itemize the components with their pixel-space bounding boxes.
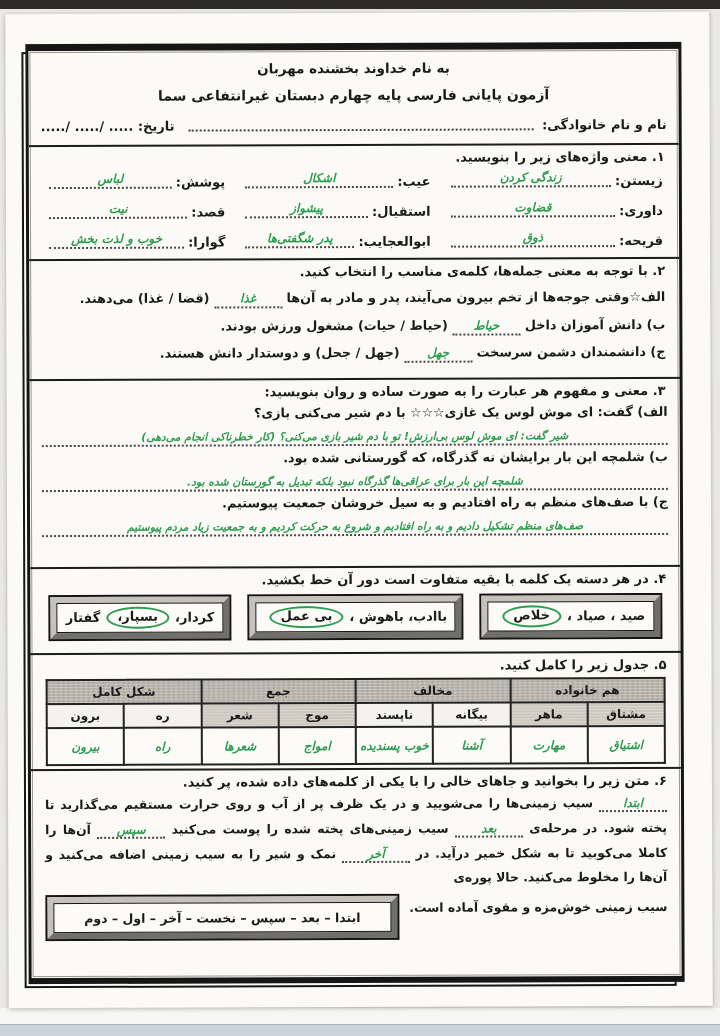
blank-fill: ابتدا bbox=[599, 796, 667, 812]
table-answer-cell: امواج bbox=[279, 727, 356, 764]
question4-section: ۴. در هر دسته یک کلمه با بقیه متفاوت است… bbox=[30, 567, 680, 655]
vocab-item: داوری:قضاوت bbox=[447, 200, 663, 220]
answer-line: پیشواز bbox=[245, 201, 368, 218]
handwritten-answer: نیت bbox=[109, 202, 128, 216]
decorative-frame: به نام خداوند بخشنده مهربان آزمون پایانی… bbox=[25, 42, 684, 984]
word-group-row: صید ، صیاد ، خلاص باادب، باهوش ، بی عمل … bbox=[42, 588, 668, 641]
table-column-header: مشتاق bbox=[587, 702, 664, 726]
table-column-header-row: مشتاق ماهر بیگانه ناپسند موج شعر ره برون bbox=[47, 702, 665, 728]
question6-section: ۶. متن زیر را بخوانید و جاهای خالی را با… bbox=[31, 769, 682, 978]
scan-edge-bottom bbox=[0, 1024, 720, 1036]
question6-title: ۶. متن زیر را بخوانید و جاهای خالی را با… bbox=[43, 771, 669, 792]
box-bevel: باادب، باهوش ، بی عمل bbox=[250, 596, 462, 639]
table-answer-row: اشتیاق مهارت آشنا خوب پسندیده امواج شعره… bbox=[47, 726, 665, 765]
box-bevel: کردار، بسپار، گفتار bbox=[50, 596, 229, 639]
term-label: عیب: bbox=[397, 175, 430, 190]
circled-answer: بسپار، bbox=[106, 607, 169, 629]
vocab-item: گوارا:خوب و لذت بخش bbox=[45, 231, 225, 251]
handwritten-answer: قضاوت bbox=[514, 200, 551, 214]
phrase-prompt: ج) با صف‌های منظم به راه افتادیم و به سی… bbox=[42, 495, 668, 512]
table-group-header-row: هم خانواده مخالف جمع شکل کامل bbox=[47, 678, 665, 704]
table-answer-cell: شعرها bbox=[201, 727, 278, 764]
exam-title: آزمون پایانی فارسی پایه چهارم دبستان غیر… bbox=[41, 87, 667, 105]
box-content: کردار، بسپار، گفتار bbox=[56, 602, 223, 633]
handwritten-answer: اشتیاق bbox=[609, 738, 643, 752]
handwritten-answer: سپس bbox=[117, 823, 146, 837]
handwritten-answer: راه bbox=[155, 739, 170, 753]
box-bevel: صید ، صیاد ، خلاص bbox=[481, 595, 660, 638]
completion-table: هم خانواده مخالف جمع شکل کامل مشتاق ماهر… bbox=[46, 677, 666, 766]
vocab-item: زیستن:زندگی کردن bbox=[446, 170, 662, 190]
answer-line: زندگی کردن bbox=[450, 170, 611, 188]
question3-section: ۳. معنی و مفهوم هر عبارت را به صورت ساده… bbox=[30, 379, 681, 569]
blank-fill: بعد bbox=[455, 821, 523, 837]
scan-edge-top bbox=[0, 0, 720, 9]
handwritten-answer: خوب پسندیده bbox=[360, 738, 429, 752]
name-field-label: نام و نام خانوادگی: bbox=[542, 118, 667, 133]
word-bank-options: ابتدا – بعد – سپس – نخست – آخر – اول – د… bbox=[84, 910, 360, 926]
question4-title: ۴. در هر دسته یک کلمه با بقیه متفاوت است… bbox=[42, 569, 668, 590]
question2-title: ۲. با توجه به معنی جمله‌ها، کلمه‌ی مناسب… bbox=[41, 261, 667, 282]
handwritten-answer: بیرون bbox=[71, 739, 99, 753]
table-group-header: هم خانواده bbox=[510, 678, 665, 703]
sentence-item: ب) دانش آموزان داخل حیاط (حیاط / حیات) م… bbox=[41, 316, 667, 337]
handwritten-answer: امواج bbox=[304, 739, 331, 753]
term-label: گوارا: bbox=[188, 235, 225, 250]
term-label: پوشش: bbox=[176, 175, 225, 190]
table-column-header: ناپسند bbox=[356, 703, 433, 727]
question3-title: ۳. معنی و مفهوم هر عبارت را به صورت ساده… bbox=[42, 381, 668, 402]
answer-line: نیت bbox=[49, 202, 187, 219]
group-words: گفتار bbox=[66, 610, 101, 625]
term-label: ابوالعجایب: bbox=[358, 235, 430, 250]
circled-answer: خلاص bbox=[502, 605, 561, 627]
handwritten-answer: صف‌های منظم تشکیل دادیم و به راه افتادیم… bbox=[127, 519, 583, 534]
answer-line: ذوق bbox=[451, 230, 615, 248]
word-group-box: باادب، باهوش ، بی عمل bbox=[248, 594, 464, 641]
sentence-post: (جهل / جحل) و دوستدار دانش هستند. bbox=[160, 346, 400, 362]
word-bank-box: ابتدا – بعد – سپس – نخست – آخر – اول – د… bbox=[45, 894, 399, 941]
question1-section: ۱. معنی واژه‌های زیر را بنویسید. زیستن:ز… bbox=[29, 145, 679, 261]
answer-line: صف‌های منظم تشکیل دادیم و به راه افتادیم… bbox=[42, 510, 668, 537]
table-column-header: موج bbox=[278, 703, 355, 727]
table-column-header: ره bbox=[124, 704, 201, 728]
phrase-item: ج) با صف‌های منظم به راه افتادیم و به سی… bbox=[42, 495, 668, 537]
sentence-post: (قضا / غذا) می‌دهند. bbox=[80, 292, 210, 307]
box-content: صید ، صیاد ، خلاص bbox=[487, 601, 654, 632]
question1-title: ۱. معنی واژه‌های زیر را بنویسید. bbox=[41, 147, 667, 168]
question1-grid: زیستن:زندگی کردن عیب:اشکال پوشش:لباس داو… bbox=[41, 166, 667, 251]
handwritten-answer: لباس bbox=[97, 172, 123, 186]
handwritten-answer: آشنا bbox=[461, 738, 482, 752]
term-label: زیستن: bbox=[615, 174, 663, 189]
answer-line: پدر شگفتی‌ها bbox=[245, 231, 354, 248]
handwritten-answer: حیاط bbox=[473, 318, 499, 332]
term-label: داوری: bbox=[619, 204, 663, 219]
vocab-item: استقبال:پیشواز bbox=[241, 201, 430, 221]
sentence-pre: ج) دانشمندان دشمن سرسخت bbox=[477, 345, 666, 361]
table-group-header: مخالف bbox=[356, 678, 511, 703]
phrase-prompt: الف) گفت: ای موش لوس یک غازی☆☆☆ با دم شی… bbox=[42, 405, 668, 422]
cloze-paragraph: ابتدا سیب زمینی‌ها را می‌شویید و در یک ظ… bbox=[43, 790, 669, 892]
handwritten-answer: ذوق bbox=[523, 230, 544, 244]
word-group-box: کردار، بسپار، گفتار bbox=[48, 594, 231, 641]
sentence-item: ج) دانشمندان دشمن سرسخت جهل (جهل / جحل) … bbox=[41, 344, 667, 365]
blank-fill: جهل bbox=[404, 347, 472, 363]
table-answer-cell: آشنا bbox=[433, 726, 510, 763]
table-group-header: جمع bbox=[201, 679, 356, 704]
table-answer-cell: مهارت bbox=[510, 726, 587, 763]
term-label: استقبال: bbox=[372, 205, 431, 220]
blank-fill: حیاط bbox=[452, 319, 520, 335]
vocab-item: قریحه:ذوق bbox=[447, 230, 663, 250]
name-dotted-line bbox=[188, 116, 534, 131]
answer-line: لباس bbox=[49, 172, 172, 189]
handwritten-answer: شعرها bbox=[224, 739, 257, 753]
table-answer-cell: راه bbox=[124, 728, 201, 765]
word-bank-row: سیب زمینی خوش‌مزه و مقوی آماده است. ابتد… bbox=[43, 890, 669, 945]
group-words: باادب، باهوش ، bbox=[349, 609, 447, 624]
handwritten-answer: پیشواز bbox=[290, 201, 323, 215]
sentence-pre: ب) دانش آموزان داخل bbox=[525, 317, 666, 332]
word-bank-content: ابتدا – بعد – سپس – نخست – آخر – اول – د… bbox=[53, 902, 391, 933]
answer-line: اشکال bbox=[245, 171, 393, 189]
handwritten-answer: اشکال bbox=[303, 171, 335, 185]
question5-section: ۵. جدول زیر را کامل کنید. هم خانواده مخا… bbox=[31, 653, 681, 771]
handwritten-answer: غذا bbox=[240, 291, 256, 305]
group-words: صید ، صیاد ، bbox=[567, 609, 645, 624]
box-content: باادب، باهوش ، بی عمل bbox=[256, 602, 456, 633]
name-date-row: نام و نام خانوادگی: تاریخ: ..... /..... … bbox=[41, 116, 667, 135]
table-answer-cell: خوب پسندیده bbox=[356, 727, 433, 764]
handwritten-answer: شلمچه این بار برای عراقی‌ها گذرگاه نبود … bbox=[187, 474, 523, 488]
answer-line: قضاوت bbox=[451, 200, 616, 218]
handwritten-answer: خوب و لذت بخش bbox=[71, 232, 162, 246]
table-column-header: بیگانه bbox=[433, 702, 510, 726]
question2-section: ۲. با توجه به معنی جمله‌ها، کلمه‌ی مناسب… bbox=[29, 259, 679, 381]
term-label: قریحه: bbox=[619, 234, 663, 249]
sentence-item: الف☆وقتی جوجه‌ها از تخم بیرون می‌آیند، پ… bbox=[41, 289, 667, 310]
handwritten-answer: زندگی کردن bbox=[500, 170, 562, 184]
paragraph-text-tail: سیب زمینی خوش‌مزه و مقوی آماده است. bbox=[409, 899, 667, 915]
exam-paper: به نام خداوند بخشنده مهربان آزمون پایانی… bbox=[5, 12, 712, 1008]
term-label: قصد: bbox=[191, 205, 225, 220]
handwritten-answer: پدر شگفتی‌ها bbox=[267, 231, 333, 245]
handwritten-answer: بعد bbox=[481, 821, 496, 835]
header-section: به نام خداوند بخشنده مهربان آزمون پایانی… bbox=[28, 49, 678, 147]
group-words: کردار، bbox=[175, 610, 214, 625]
blank-fill: سپس bbox=[97, 822, 165, 838]
table-answer-cell: بیرون bbox=[47, 728, 124, 765]
table-column-header: برون bbox=[47, 704, 124, 728]
vocab-item: قصد:نیت bbox=[45, 201, 225, 221]
word-group-box: صید ، صیاد ، خلاص bbox=[479, 593, 662, 640]
handwritten-answer: آخر bbox=[367, 847, 384, 861]
circled-answer: بی عمل bbox=[270, 606, 344, 628]
date-field-label: تاریخ: ..... /..... /..... bbox=[41, 120, 175, 135]
table-column-header: شعر bbox=[201, 703, 278, 727]
question5-title: ۵. جدول زیر را کامل کنید. bbox=[43, 655, 669, 676]
handwritten-answer: مهارت bbox=[533, 738, 566, 752]
handwritten-answer: شیر گفت: ای موش لوس بی‌ارزش! تو با دم شی… bbox=[141, 429, 568, 443]
box-bevel: ابتدا – بعد – سپس – نخست – آخر – اول – د… bbox=[47, 896, 397, 939]
phrase-item: الف) گفت: ای موش لوس یک غازی☆☆☆ با دم شی… bbox=[42, 405, 668, 447]
blank-fill: غذا bbox=[214, 292, 282, 308]
answer-line: شلمچه این بار برای عراقی‌ها گذرگاه نبود … bbox=[42, 465, 668, 492]
handwritten-answer: جهل bbox=[427, 346, 449, 360]
paragraph-text: سیب زمینی‌های پخته شده را پوست می‌کنید bbox=[172, 821, 449, 837]
vocab-item: پوشش:لباس bbox=[45, 171, 225, 191]
table-group-header: شکل کامل bbox=[47, 680, 202, 705]
phrase-prompt: ب) شلمچه این بار برایشان نه گذرگاه، که گ… bbox=[42, 450, 668, 467]
phrase-item: ب) شلمچه این بار برایشان نه گذرگاه، که گ… bbox=[42, 450, 668, 492]
blank-fill: آخر bbox=[342, 846, 410, 862]
answer-line: خوب و لذت بخش bbox=[49, 232, 184, 249]
scanned-exam-page: { "colors": { "handwriting_green": "#2d9… bbox=[0, 0, 720, 1036]
sentence-post: (حیاط / حیات) مشغول ورزش بودند. bbox=[220, 318, 447, 334]
answer-line: شیر گفت: ای موش لوس بی‌ارزش! تو با دم شی… bbox=[42, 420, 668, 447]
vocab-item: ابوالعجایب:پدر شگفتی‌ها bbox=[241, 231, 430, 251]
table-answer-cell: اشتیاق bbox=[588, 726, 665, 763]
vocab-item: عیب:اشکال bbox=[241, 171, 430, 191]
table-column-header: ماهر bbox=[510, 702, 587, 726]
bismillah-text: به نام خداوند بخشنده مهربان bbox=[40, 60, 666, 78]
handwritten-answer: ابتدا bbox=[623, 796, 643, 810]
sentence-pre: الف☆وقتی جوجه‌ها از تخم بیرون می‌آیند، پ… bbox=[286, 290, 665, 306]
